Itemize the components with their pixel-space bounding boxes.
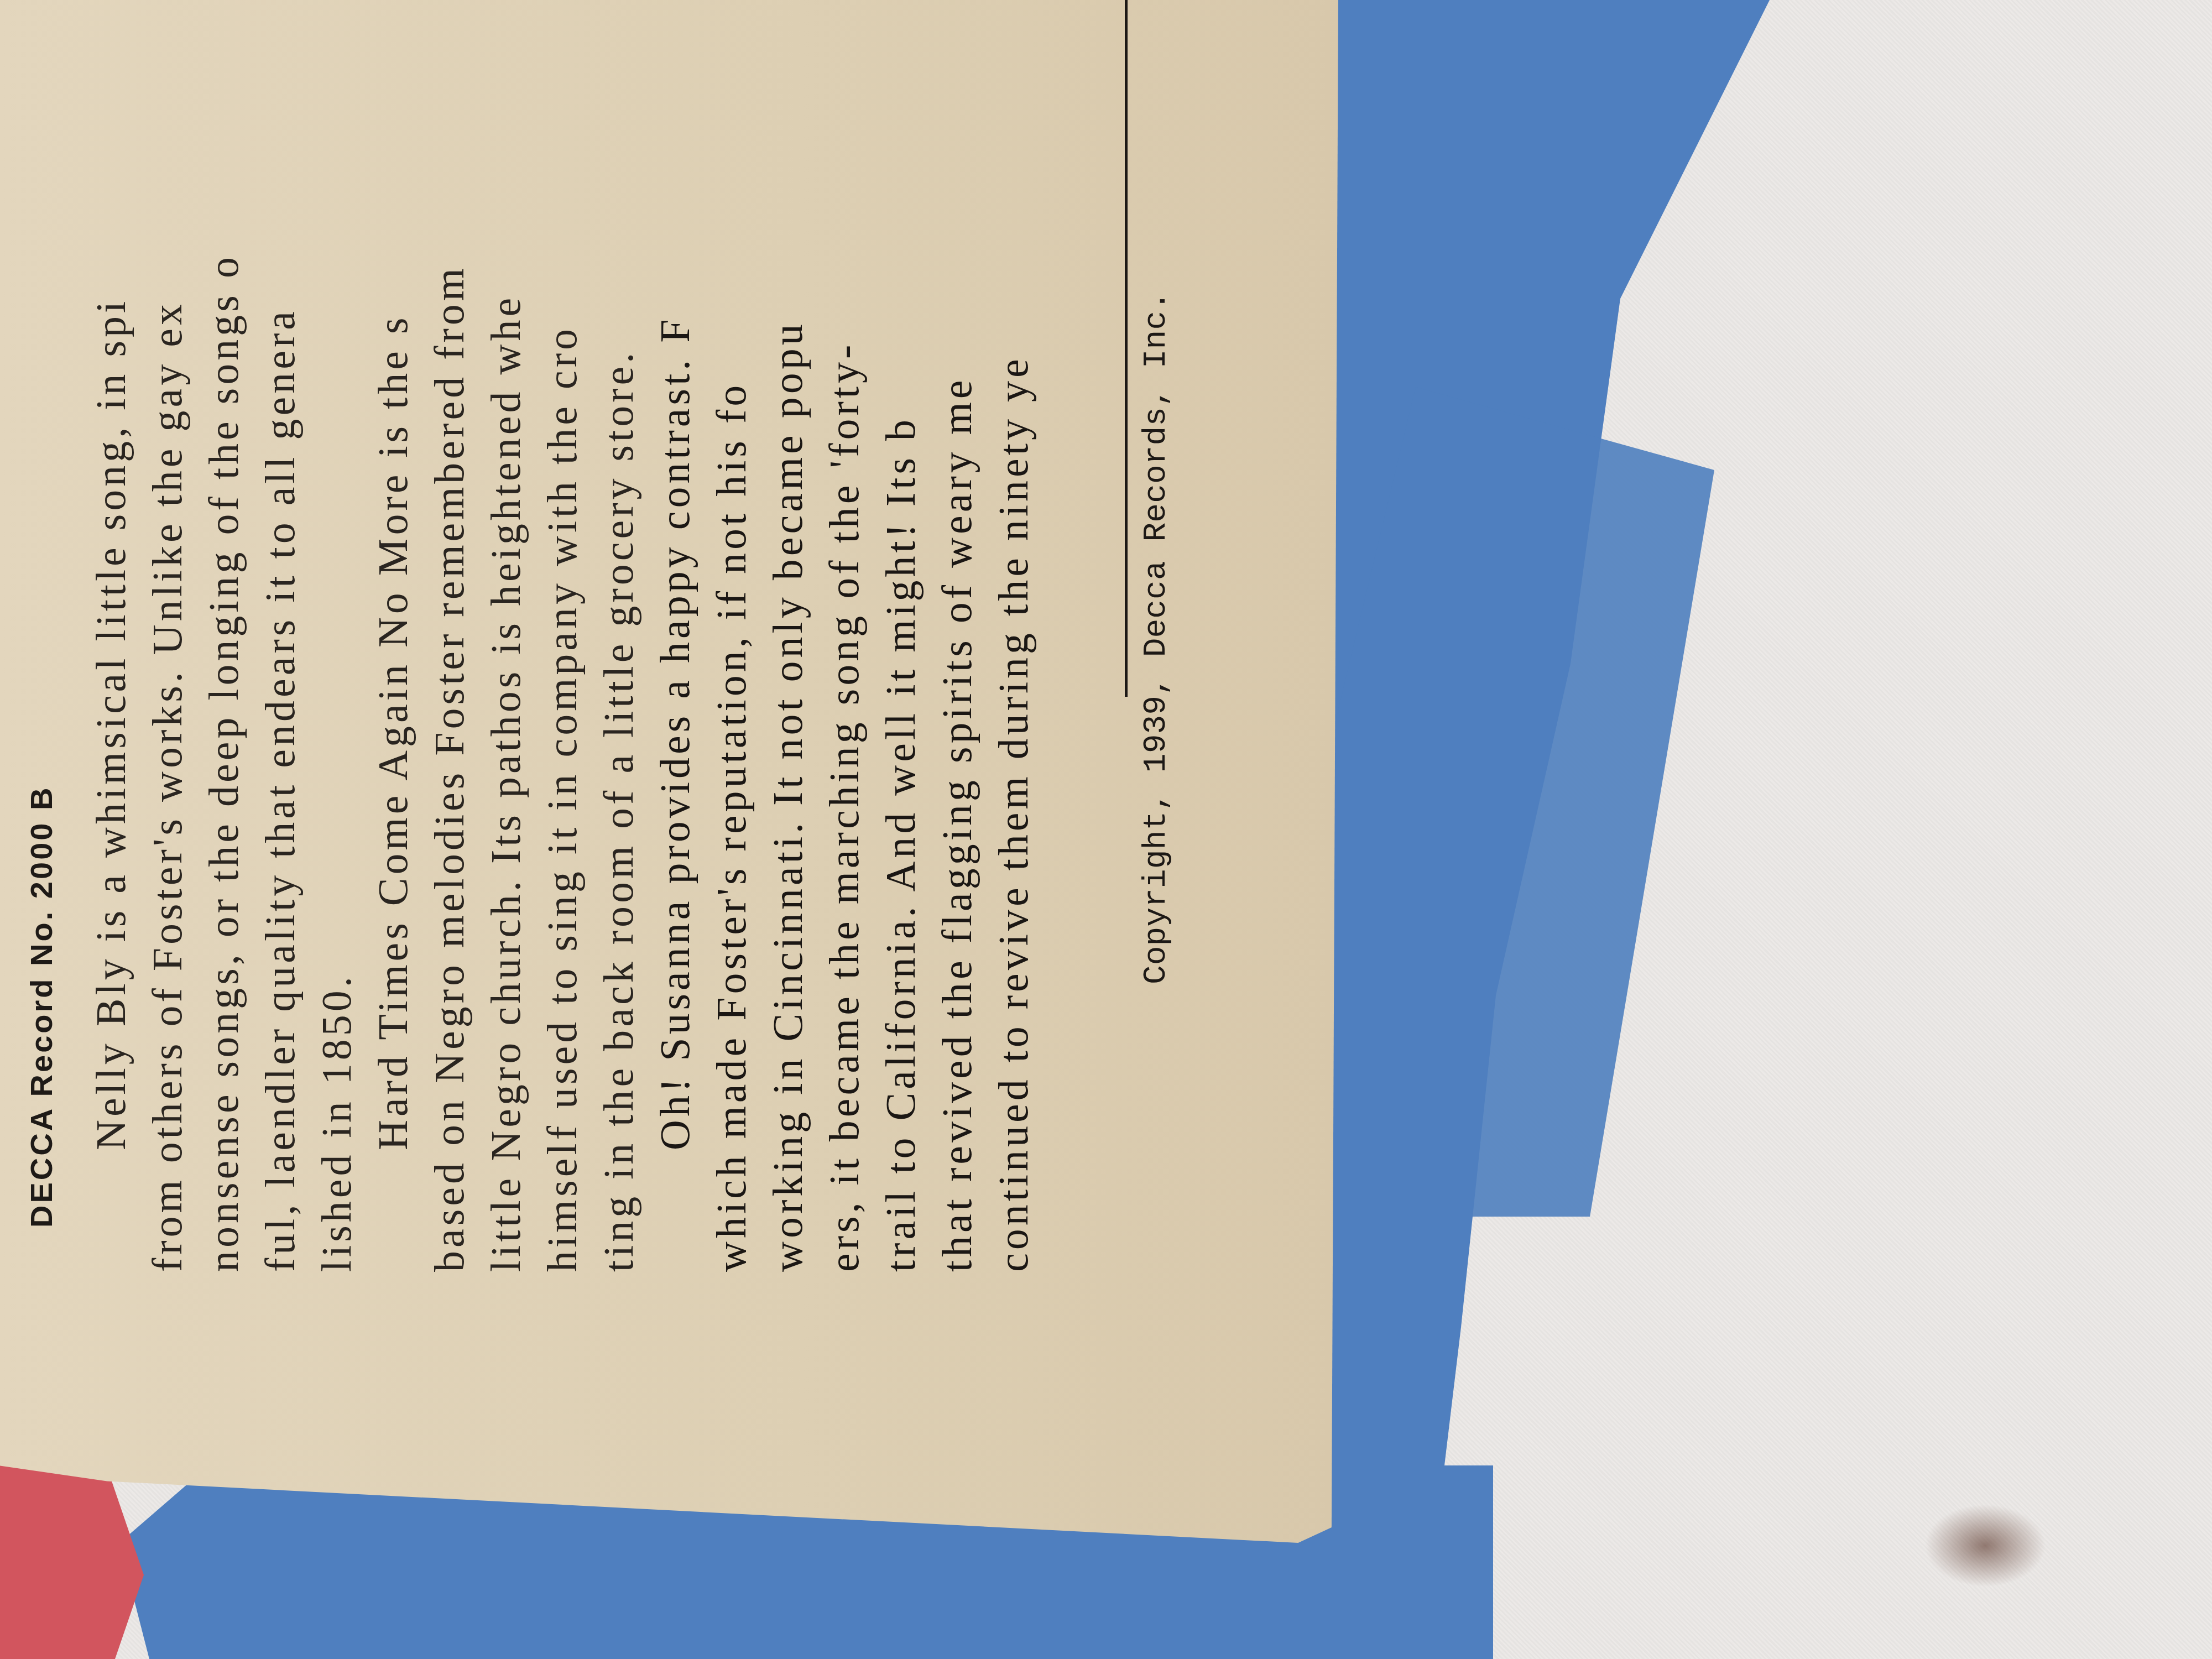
text-line: Hard Times Come Again No More is the s	[365, 0, 421, 1272]
text-line: ful, laendler quality that endears it to…	[252, 0, 309, 1272]
text-line: from others of Foster's works. Unlike th…	[139, 0, 196, 1272]
text-line: ers, it became the marching song of the …	[816, 0, 873, 1272]
text-line: himself used to sing it in company with …	[534, 0, 591, 1272]
text-line: continued to revive them during the nine…	[985, 0, 1042, 1272]
copyright-notice: Copyright, 1939, Decca Records, Inc.	[1139, 291, 1175, 984]
fabric-stain	[1924, 1504, 2046, 1587]
text-line: Oh! Susanna provides a happy contrast. F	[647, 0, 703, 1272]
text-line: nonsense songs, or the deep longing of t…	[196, 0, 252, 1272]
paragraph-hard-times: Hard Times Come Again No More is the s b…	[365, 0, 647, 1272]
divider-rule	[1125, 0, 1128, 697]
text-line: which made Foster's reputation, if not h…	[703, 0, 760, 1272]
text-line: little Negro church. Its pathos is heigh…	[478, 0, 534, 1272]
text-line: that revived the flagging spirits of wea…	[929, 0, 985, 1272]
record-number-heading: DECCA Record No. 2000 B	[0, 0, 83, 1272]
paragraph-oh-susanna: Oh! Susanna provides a happy contrast. F…	[647, 0, 1042, 1272]
text-line: ting in the back room of a little grocer…	[591, 0, 647, 1272]
paragraph-nelly-bly: Nelly Bly is a whimsical little song, in…	[83, 0, 365, 1272]
liner-notes: DECCA Record No. 2000 B Nelly Bly is a w…	[0, 0, 1175, 1272]
copyright-block: Copyright, 1939, Decca Records, Inc.	[1125, 0, 1175, 1272]
text-line: based on Negro melodies Foster remembere…	[421, 0, 478, 1272]
text-line: working in Cincinnati. It not only becam…	[760, 0, 816, 1272]
text-line: trail to California. And well it might! …	[873, 0, 929, 1272]
text-line: Nelly Bly is a whimsical little song, in…	[83, 0, 139, 1272]
record-sleeve-page: DECCA Record No. 2000 B Nelly Bly is a w…	[0, 0, 1338, 1543]
text-line: lished in 1850.	[309, 0, 365, 1272]
